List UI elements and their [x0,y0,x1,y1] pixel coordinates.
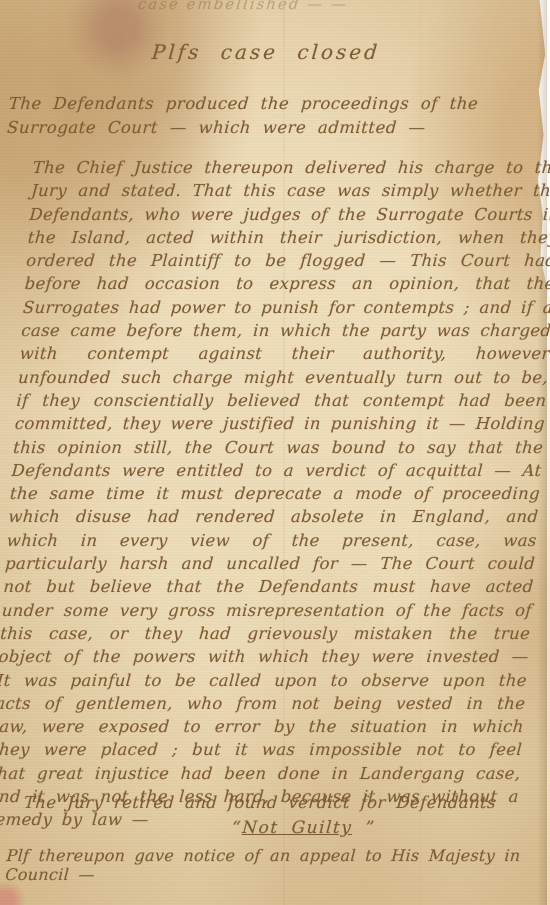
section-heading: Plfs case closed [151,40,381,64]
manuscript-page: case embellished — — Plfs case closed Th… [0,0,550,905]
charge-paragraph: The Chief Justice thereupon delivered hi… [0,156,550,832]
jury-verdict-line: The Jury retired and found verdict for D… [23,793,504,812]
admission-paragraph: The Defendants produced the proceedings … [6,92,543,140]
appeal-notice-line: Plf thereupon gave notice of an appeal t… [5,846,546,884]
verdict-close-quote: ” [365,818,377,838]
faded-top-line: case embellished — — [137,0,439,13]
verdict-words: Not Guilty [242,818,354,838]
verdict-text: “Not Guilty ” [231,818,376,838]
